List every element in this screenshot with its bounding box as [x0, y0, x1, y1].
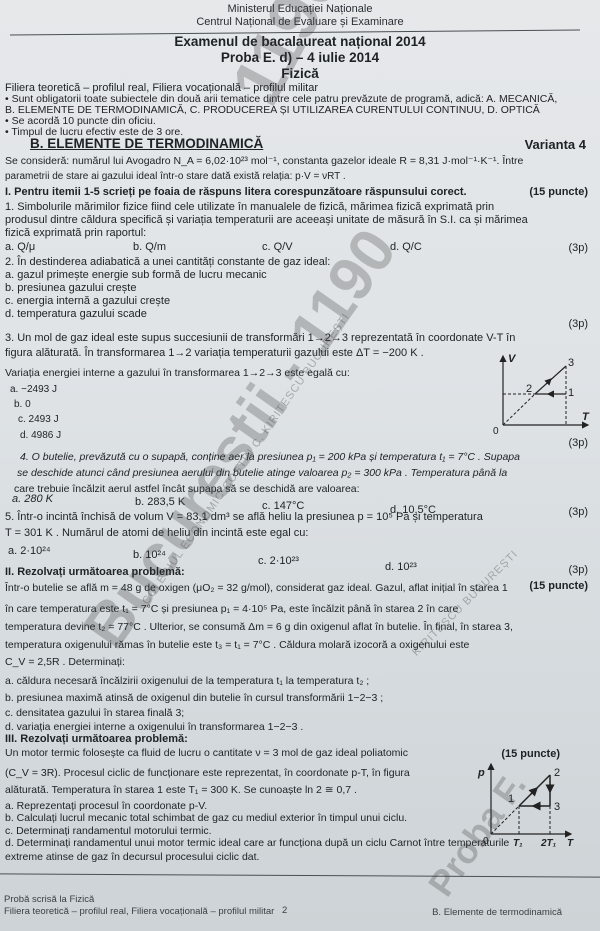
item5-points: (3p): [568, 564, 588, 576]
item3-text: Variația energiei interne a gazului în t…: [5, 367, 350, 380]
svg-text:1: 1: [508, 793, 514, 805]
item4-text: se deschide atunci când presiunea aerulu…: [17, 467, 507, 480]
item2-option-a[interactable]: a. gazul primește energie sub formă de l…: [5, 269, 267, 281]
part1-points: (15 puncte): [529, 186, 588, 198]
item1-text: fizică exprimată prin raportul:: [5, 227, 146, 240]
part2-text: în care temperatura este t₁ = 7°C și pre…: [5, 603, 458, 616]
item4-option-b[interactable]: b. 283,5 K: [135, 496, 185, 508]
variant-label: Varianta 4: [525, 137, 586, 152]
part3-text: (C_V = 3R). Procesul ciclic de funcționa…: [5, 767, 410, 780]
item5-text: 5. Într-o incintă închisă de volum V = 8…: [5, 511, 483, 524]
item4-points: (3p): [568, 506, 588, 518]
section-title: B. ELEMENTE DE TERMODINAMICĂ: [30, 136, 263, 151]
item5-option-a[interactable]: a. 2·10²⁴: [8, 545, 51, 557]
part3-text: alăturată. Temperatura în starea 1 este …: [5, 784, 357, 797]
part2-text: C_V = 2,5R . Determinați:: [5, 656, 125, 669]
constants-line: Se consideră: numărul lui Avogadro N_A =…: [5, 155, 523, 168]
svg-text:T₁: T₁: [513, 838, 523, 848]
pt-diagram: p 0 1 2 3 T₁ 2T₁ T: [475, 760, 600, 848]
item1-option-c[interactable]: c. Q/V: [262, 241, 293, 253]
part2-heading: II. Rezolvați următoarea problemă:: [5, 566, 185, 579]
item2-option-b[interactable]: b. presiunea gazului crește: [5, 282, 136, 294]
item2-option-d[interactable]: d. temperatura gazului scade: [5, 308, 147, 320]
footer-left-2: Filiera teoretică – profilul real, Filie…: [4, 905, 274, 918]
page-number: 2: [282, 905, 287, 916]
item5-text: T = 301 K . Numărul de atomi de heliu di…: [5, 527, 308, 540]
center-name: Centrul Național de Evaluare și Examinar…: [0, 16, 600, 29]
item1-option-a[interactable]: a. Q/μ: [5, 241, 35, 253]
item5-option-d[interactable]: d. 10²³: [385, 561, 417, 573]
item5-option-c[interactable]: c. 2·10²³: [258, 555, 299, 567]
part2-task-c: c. densitatea gazului în starea finală 3…: [5, 707, 184, 720]
part2-task-a: a. căldura necesară încălzirii oxigenulu…: [5, 675, 369, 688]
item3-option-a[interactable]: a. −2493 J: [10, 384, 57, 395]
svg-text:2: 2: [554, 767, 560, 779]
item3-points: (3p): [568, 437, 588, 449]
t-axis-label: T: [582, 411, 590, 423]
item3-option-d[interactable]: d. 4986 J: [20, 430, 61, 441]
svg-text:1: 1: [568, 387, 574, 399]
part3-task-b: b. Calculați lucrul mecanic total schimb…: [5, 812, 407, 825]
part3-points: (15 puncte): [501, 748, 560, 760]
part3-task-d-cont: extreme atinse de gaz în decursul proces…: [5, 851, 259, 864]
item1-option-d[interactable]: d. Q/C: [390, 241, 422, 253]
svg-text:2: 2: [526, 383, 532, 395]
item4-text: care trebuie încălzit aerul astfel încât…: [14, 483, 360, 496]
svg-text:3: 3: [554, 801, 560, 813]
part2-text: temperatura devine t₂ = 77°C . Ulterior,…: [5, 621, 513, 634]
constants-line: parametrii de stare ai gazului ideal înt…: [5, 170, 346, 183]
part3-heading: III. Rezolvați următoarea problemă:: [5, 733, 188, 746]
svg-text:3: 3: [568, 357, 574, 369]
exam-proba: Proba E. d) – 4 iulie 2014: [0, 50, 600, 66]
vt-diagram: V T 0 1 2 3: [488, 352, 598, 437]
item2-text: 2. În destinderea adiabatică a unei cant…: [5, 256, 330, 269]
item4-text: 4. O butelie, prevăzută cu o supapă, con…: [20, 451, 520, 464]
item1-points: (3p): [568, 242, 588, 254]
svg-text:T: T: [567, 838, 574, 848]
item3-option-c[interactable]: c. 2493 J: [18, 414, 59, 425]
exam-page: Ministerul Educației Naționale Centrul N…: [0, 0, 600, 931]
item3-text: 3. Un mol de gaz ideal este supus succes…: [5, 332, 515, 345]
exam-subject: Fizică: [0, 66, 600, 82]
part3-text: Un motor termic folosește ca fluid de lu…: [5, 747, 408, 760]
item2-option-c[interactable]: c. energia internă a gazului crește: [5, 295, 170, 307]
exam-title: Examenul de bacalaureat național 2014: [0, 34, 600, 50]
part2-points: (15 puncte): [529, 580, 588, 592]
item1-text: produsul dintre căldura specifică și var…: [5, 214, 528, 227]
footer-rule: [0, 873, 600, 877]
item1-text: 1. Simbolurile mărimilor fizice fiind ce…: [5, 201, 494, 214]
item1-option-b[interactable]: b. Q/m: [133, 241, 166, 253]
part2-text: Într-o butelie se află m = 48 g de oxige…: [5, 582, 508, 595]
item2-points: (3p): [568, 318, 588, 330]
svg-text:0: 0: [483, 836, 489, 847]
part3-task-d: d. Determinați randamentul unui motor te…: [5, 837, 509, 850]
svg-text:0: 0: [493, 426, 499, 437]
part2-task-b: b. presiunea maximă atinsă de oxigenul d…: [5, 692, 383, 705]
item3-option-b[interactable]: b. 0: [14, 399, 31, 410]
part2-text: temperatura oxigenului rămas în butelie …: [5, 639, 469, 652]
svg-text:2T₁: 2T₁: [540, 838, 557, 848]
ministry-name: Ministerul Educației Naționale: [0, 3, 600, 16]
part1-heading: I. Pentru itemii 1-5 scrieți pe foaia de…: [5, 186, 467, 199]
item4-option-a[interactable]: a. 280 K: [12, 493, 53, 505]
p-axis-label: p: [477, 767, 485, 779]
v-axis-label: V: [508, 353, 517, 365]
item3-text: figura alăturată. În transformarea 1→2 v…: [5, 347, 424, 360]
footer-right: B. Elemente de termodinamică: [432, 907, 562, 918]
item5-option-b[interactable]: b. 10²⁴: [133, 549, 166, 561]
